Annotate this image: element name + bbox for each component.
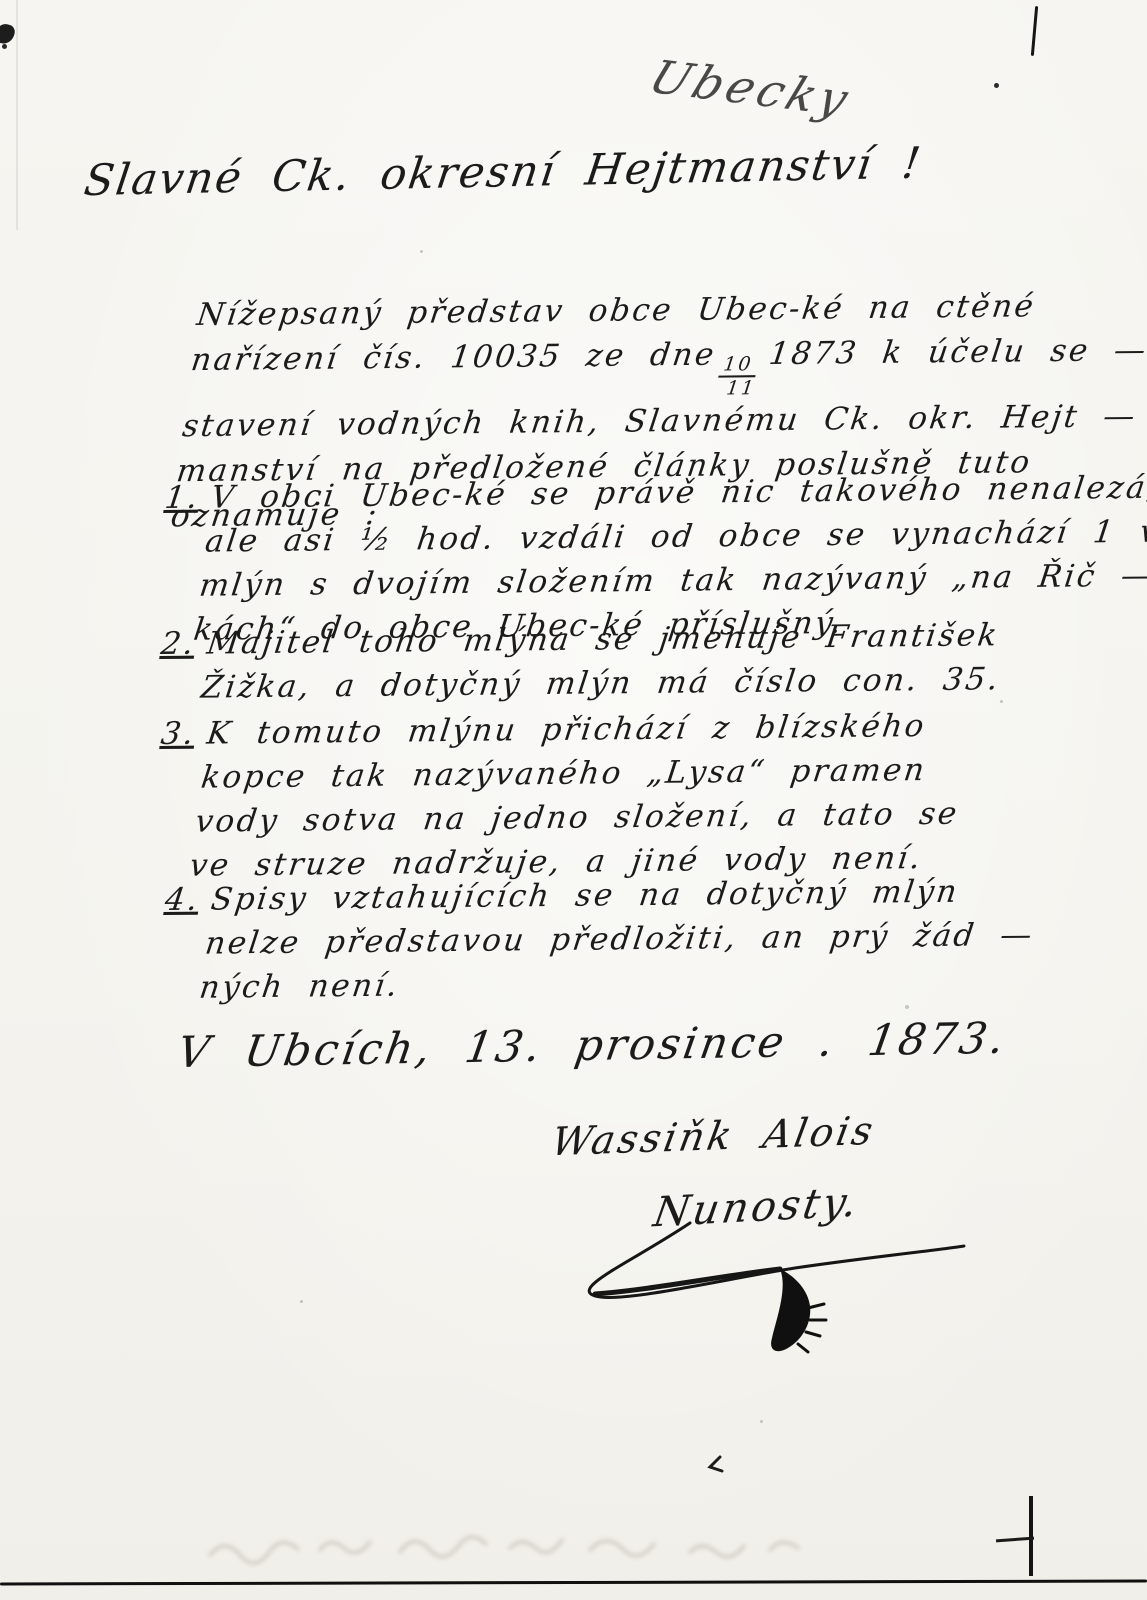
place-date-line: V Ubcích, 13. prosince . 1873. <box>174 1014 1010 1079</box>
pencil-annotation: Ubecky <box>642 50 860 126</box>
list-item-3: 3. K tomuto mlýnu přichází z blízského k… <box>141 704 973 889</box>
item-text: Majitel toho mlýna se jmenuje František … <box>199 613 1009 709</box>
paper-speck <box>1000 700 1003 703</box>
ink-speck <box>2 44 7 49</box>
paper-speck <box>760 1420 763 1423</box>
ink-speck <box>994 83 999 88</box>
item-text: Spisy vztahujících se na dotyčný mlýn ne… <box>197 869 1043 1010</box>
item-line: Žižka, a dotyčný mlýn má číslo con. 35. <box>199 657 1003 709</box>
scanned-document-page: Ubecky Slavné Ck. okresní Hejtmanství ! … <box>0 0 1147 1600</box>
scan-edge-mark <box>1031 6 1038 56</box>
item-line: ných není. <box>197 957 1031 1010</box>
bleed-through-text <box>150 1510 950 1580</box>
paper-speck <box>905 1005 909 1009</box>
intro-line-pre: nařízení čís. 10035 ze dne <box>189 337 718 379</box>
list-item-2: 2. Majitel toho mlýna se jmenuje Františ… <box>153 613 1009 710</box>
document-title: Slavné Ck. okresní Hejtmanství ! <box>81 138 925 206</box>
item-line: nelze představou předložiti, an prý žád … <box>203 913 1037 966</box>
intro-line: nařízení čís. 10035 ze dne10111873 k úče… <box>186 328 1147 404</box>
item-text: K tomuto mlýnu přichází z blízského kopc… <box>187 704 973 888</box>
ink-blot <box>0 22 17 47</box>
scan-crease <box>16 0 18 230</box>
signature-flourish <box>540 1168 970 1368</box>
paper-speck <box>420 250 423 253</box>
ink-mark <box>706 1455 728 1477</box>
signature-primary: Wassiňk Alois <box>548 1109 879 1166</box>
list-item-4: 4. Spisy vztahujících se na dotyčný mlýn… <box>151 869 1043 1010</box>
fraction-denominator: 11 <box>725 377 757 399</box>
scan-bottom-line <box>0 1579 1147 1585</box>
date-fraction: 1011 <box>718 354 761 399</box>
fraction-numerator: 10 <box>718 354 758 378</box>
intro-line-post: 1873 k účelu se — <box>767 332 1147 372</box>
paper-speck <box>300 1300 303 1303</box>
